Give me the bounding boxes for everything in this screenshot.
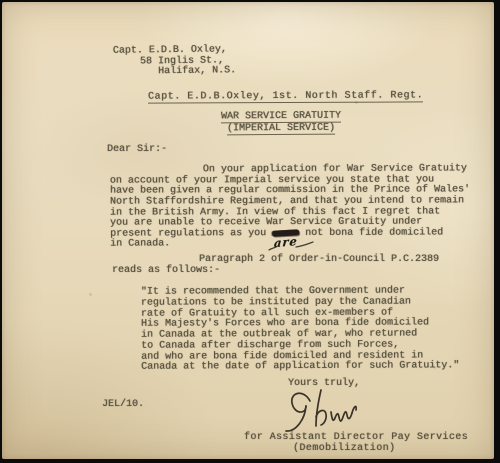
signoff-department: (Demobilization) [293,444,395,455]
handwritten-signature [280,387,372,437]
subject-line-1: WAR SERVICE GRATUITY [182,111,380,123]
reference-line: Capt. E.D.B.Oxley, 1st. North Staff. Reg… [148,91,423,103]
addressee-city: Halifax, N.S. [113,67,236,79]
typist-initials: JEL/10. [102,400,144,411]
subject-line-2: (IMPERIAL SERVICE) [182,123,380,135]
scanned-letter: Capt. E.D.B. Oxley, 58 Inglis St., Halif… [0,0,500,463]
salutation: Dear Sir:- [107,145,167,156]
subject-block: WAR SERVICE GRATUITY (IMPERIAL SERVICE) [182,111,380,136]
addressee-block: Capt. E.D.B. Oxley, 58 Inglis St., Halif… [113,45,236,78]
quoted-order-in-council: "It is recommended that the Government u… [141,286,459,373]
letter-paper: Capt. E.D.B. Oxley, 58 Inglis St., Halif… [2,2,494,459]
handwritten-correction-flourish [268,238,314,254]
paragraph-2-intro-line-2: reads as follows:- [112,266,220,277]
quotation-line: Canada at the date of application for su… [141,362,459,374]
paragraph-2-intro-line-1: Paragraph 2 of Order-in-Council P.C.2389 [199,255,439,266]
reference-line-text: Capt. E.D.B.Oxley, 1st. North Staff. Reg… [148,90,423,103]
